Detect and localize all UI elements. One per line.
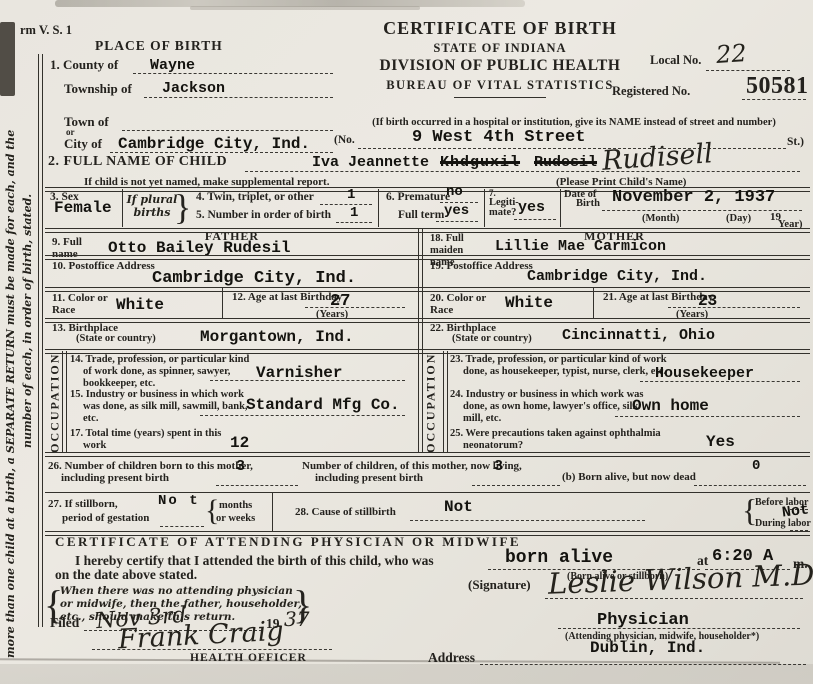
mother-industry-line (615, 416, 800, 417)
father-age-divider (222, 288, 223, 318)
health-officer-line (92, 649, 332, 650)
children-dead-label: (b) Born alive, but now dead (562, 471, 696, 483)
mother-trade-label: 23. Trade, profession, or particular kin… (450, 354, 668, 378)
legitimate-value: yes (518, 199, 545, 216)
mother-rule-1 (419, 255, 810, 260)
mother-occupation-divider (443, 351, 448, 452)
mother-age-divider (593, 288, 594, 318)
no-physician-note-line1: When there was no attending physician (60, 585, 295, 598)
left-border-inner (42, 54, 43, 627)
plural-brace: } (174, 186, 191, 228)
father-age-line (305, 307, 405, 308)
child-name-line (245, 171, 800, 172)
father-trade-value: Varnisher (256, 364, 342, 382)
premature-value: no (446, 184, 463, 200)
street-st-label: St.) (787, 136, 804, 149)
form-number: rm V. S. 1 (20, 23, 72, 37)
twin-line (320, 204, 372, 205)
mother-industry-value: Own home (632, 397, 709, 415)
hospital-note: (If birth occurred in a hospital or inst… (336, 117, 812, 129)
rule-under-parents (45, 452, 810, 457)
place-of-birth-title: PLACE OF BIRTH (95, 38, 223, 53)
child-name-struck-1: Khdguxil (440, 154, 520, 171)
township-value: Jackson (162, 80, 225, 97)
father-birthplace-value: Morgantown, Ind. (200, 328, 354, 346)
mother-color-label: 20. Color or Race (430, 292, 488, 317)
mother-precautions-value: Yes (706, 433, 735, 451)
months-label: months (219, 500, 252, 512)
dob-day-label: (Day) (726, 213, 751, 225)
left-border-outer (38, 54, 39, 627)
mother-po-value: Cambridge City, Ind. (527, 268, 707, 285)
local-no-line (706, 70, 790, 71)
mother-color-value: White (505, 294, 553, 312)
address-label: Address (428, 650, 475, 665)
father-industry-value: Standard Mfg Co. (246, 396, 400, 414)
physician-role-line (558, 628, 800, 629)
scan-streak-bottom (0, 658, 780, 663)
order-value: 1 (350, 205, 358, 221)
cause-label: 28. Cause of stillbirth (295, 506, 396, 518)
registered-no-line (742, 99, 806, 100)
dob-value: November 2, 1937 (612, 188, 775, 207)
father-po-label: 10. Postoffice Address (52, 260, 155, 272)
local-no-label: Local No. (650, 53, 701, 67)
father-rule-4 (45, 349, 419, 354)
town-line (122, 130, 333, 131)
sex-value: Female (54, 199, 112, 217)
address-line (480, 664, 806, 665)
street-line (358, 148, 786, 149)
county-label: 1. County of (50, 58, 118, 73)
mother-precautions-label: 25. Were precautions taken against ophth… (450, 428, 673, 452)
mother-trade-value: Housekeeper (655, 365, 754, 382)
division-subtitle: DIVISION OF PUBLIC HEALTH (330, 57, 670, 74)
children-born-value: 3 (236, 458, 245, 475)
mother-name-value: Lillie Mae Carmicon (495, 238, 666, 255)
legitimate-label-2: mate? (489, 207, 516, 219)
filed-year-value: 37 (284, 607, 309, 631)
local-no-value: 22 (715, 39, 747, 69)
fullterm-value: yes (444, 203, 469, 219)
certify-text: I hereby certify that I attended the bir… (75, 553, 434, 568)
children-living-value: 3 (494, 458, 503, 475)
street-value: 9 West 4th Street (412, 128, 585, 147)
registered-no-label: Registered No. (612, 84, 690, 98)
fullterm-label: Full term (398, 209, 444, 222)
father-color-value: White (116, 296, 164, 314)
father-color-label: 11. Color or Race (52, 292, 110, 317)
signature-label: (Signature) (468, 578, 531, 593)
township-label: Township of (64, 82, 132, 97)
during-labor-label: During labor (755, 518, 811, 529)
father-time-value: 12 (230, 434, 249, 452)
birth-certificate-scan: rm V. S. 1 more than one child at a birt… (0, 0, 813, 684)
scan-mark-left (0, 22, 15, 96)
physician-title: CERTIFICATE OF ATTENDING PHYSICIAN OR MI… (55, 535, 521, 550)
weeks-label: or weeks (216, 513, 255, 525)
child-name-struck-2: Rudesil (534, 154, 597, 171)
scan-smudge-top-2 (190, 6, 420, 10)
city-value: Cambridge City, Ind. (118, 135, 310, 153)
state-subtitle: STATE OF INDIANA (330, 41, 670, 55)
divider-sex (122, 189, 123, 227)
children-living-line (472, 485, 560, 486)
parents-center-divider (418, 229, 423, 453)
plural-births-label: If plural births (126, 194, 178, 219)
father-occupation-divider (62, 351, 67, 452)
registered-no-value: 50581 (746, 73, 809, 100)
mother-age-value: 23 (698, 292, 717, 310)
stillborn-label-1: 27. If stillborn, (48, 498, 118, 510)
certificate-title: CERTIFICATE OF BIRTH (330, 18, 670, 38)
township-line (144, 97, 333, 98)
child-name-typed: Iva Jeannette (312, 154, 429, 171)
children-dead-line (694, 485, 806, 486)
margin-note-line1: more than one child at a birth, a SEPARA… (4, 130, 17, 658)
divider-27-28 (272, 493, 273, 531)
father-birthplace-sub: (State or country) (76, 333, 156, 345)
mother-industry-label: 24. Industry or business in which work w… (450, 389, 655, 424)
street-no-label: (No. (334, 134, 355, 147)
father-trade-label: 14. Trade, profession, or particular kin… (70, 354, 255, 389)
mother-rule-4 (419, 349, 810, 354)
child-name-label: 2. FULL NAME OF CHILD (48, 154, 227, 170)
order-label: 5. Number in order of birth (196, 209, 331, 222)
father-occupation-label: OCCUPATION (48, 351, 61, 455)
scan-shadow-bottom (0, 664, 813, 684)
dob-label-2: Birth (576, 198, 600, 210)
mother-birthplace-value: Cincinnatti, Ohio (562, 327, 715, 344)
children-dead-value: 0 (752, 458, 760, 474)
divider-twin (378, 189, 379, 227)
stillborn-value: No t (158, 493, 200, 509)
margin-note-line2: number of each, in order of birth, state… (21, 194, 34, 448)
city-label: City of (64, 137, 102, 152)
mother-occupation-label: OCCUPATION (424, 351, 437, 455)
title-divider (454, 97, 546, 98)
stillborn-line (160, 526, 204, 527)
physician-address-value: Dublin, Ind. (590, 639, 705, 657)
divider-premature (484, 189, 485, 227)
cause-value: Not (444, 498, 473, 516)
date-above-text: on the date above stated. (55, 567, 197, 582)
father-industry-line (200, 415, 405, 416)
twin-label: 4. Twin, triplet, or other (196, 191, 314, 204)
children-born-label: 26. Number of children born to this moth… (48, 460, 293, 485)
stillborn-label-2: period of gestation (62, 512, 149, 524)
children-born-line (216, 485, 298, 486)
divider-legitimate (560, 189, 561, 227)
mother-age-line (668, 307, 800, 308)
father-rule-1 (45, 255, 419, 260)
father-po-value: Cambridge City, Ind. (152, 269, 356, 288)
order-line (336, 222, 372, 223)
cause-line (410, 520, 645, 521)
signature-line (545, 598, 803, 599)
fullterm-line (436, 221, 478, 222)
county-value: Wayne (150, 57, 195, 74)
father-industry-label: 15. Industry or business in which work w… (70, 389, 255, 424)
legitimate-line (514, 219, 556, 220)
mother-po-label: 19. Postoffice Address (430, 260, 533, 272)
mother-birthplace-sub: (State or country) (452, 333, 532, 345)
health-officer-label: HEALTH OFFICER (190, 652, 307, 665)
filed-label: Filed (50, 615, 79, 630)
father-time-label: 17. Total time (years) spent in this wor… (70, 428, 233, 452)
dob-month-label: (Month) (642, 213, 679, 225)
twin-value: 1 (347, 187, 355, 203)
